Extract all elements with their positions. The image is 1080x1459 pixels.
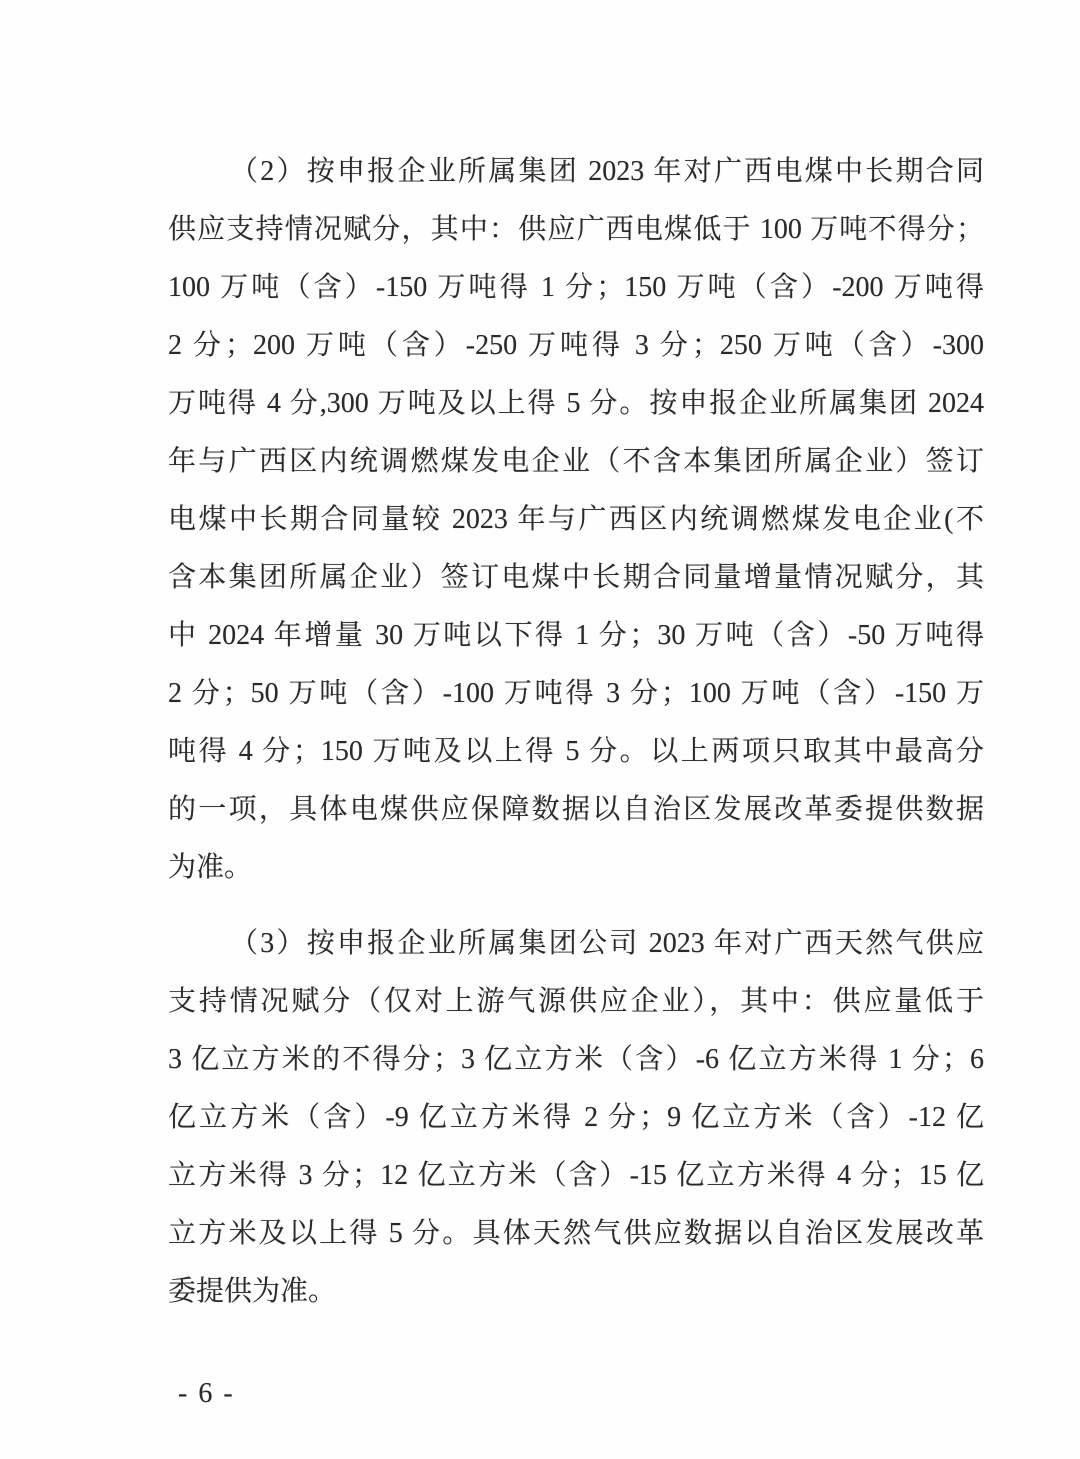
text-line: 支持情况赋分（仅对上游气源供应企业），其中：供应量低于 (168, 973, 984, 1031)
text-line: 3 亿立方米的不得分；3 亿立方米（含）-6 亿立方米得 1 分；6 (168, 1031, 984, 1089)
document-body: （2）按申报企业所属集团 2023 年对广西电煤中长期合同供应支持情况赋分，其中… (168, 143, 984, 1321)
text-line: （3）按申报企业所属集团公司 2023 年对广西天然气供应 (168, 915, 984, 973)
text-line: 年与广西区内统调燃煤发电企业（不含本集团所属企业）签订 (168, 433, 984, 491)
text-line: 万吨得 4 分,300 万吨及以上得 5 分。按申报企业所属集团 2024 (168, 375, 984, 433)
text-line: 100 万吨（含）-150 万吨得 1 分；150 万吨（含）-200 万吨得 (168, 259, 984, 317)
text-line: （2）按申报企业所属集团 2023 年对广西电煤中长期合同 (168, 143, 984, 201)
text-line: 2 分；200 万吨（含）-250 万吨得 3 分；250 万吨（含）-300 (168, 317, 984, 375)
text-line: 为准。 (168, 839, 984, 897)
paragraph: （2）按申报企业所属集团 2023 年对广西电煤中长期合同供应支持情况赋分，其中… (168, 143, 984, 897)
text-line: 立方米及以上得 5 分。具体天然气供应数据以自治区发展改革 (168, 1205, 984, 1263)
paragraph: （3）按申报企业所属集团公司 2023 年对广西天然气供应支持情况赋分（仅对上游… (168, 915, 984, 1321)
text-line: 吨得 4 分；150 万吨及以上得 5 分。以上两项只取其中最高分 (168, 723, 984, 781)
text-line: 亿立方米（含）-9 亿立方米得 2 分；9 亿立方米（含）-12 亿 (168, 1089, 984, 1147)
text-line: 立方米得 3 分；12 亿立方米（含）-15 亿立方米得 4 分；15 亿 (168, 1147, 984, 1205)
text-line: 的一项，具体电煤供应保障数据以自治区发展改革委提供数据 (168, 781, 984, 839)
text-line: 2 分；50 万吨（含）-100 万吨得 3 分；100 万吨（含）-150 万 (168, 665, 984, 723)
text-line: 中 2024 年增量 30 万吨以下得 1 分；30 万吨（含）-50 万吨得 (168, 607, 984, 665)
document-page: （2）按申报企业所属集团 2023 年对广西电煤中长期合同供应支持情况赋分，其中… (0, 0, 1080, 1459)
text-line: 电煤中长期合同量较 2023 年与广西区内统调燃煤发电企业(不 (168, 491, 984, 549)
page-number: - 6 - (178, 1365, 235, 1423)
text-line: 含本集团所属企业）签订电煤中长期合同量增量情况赋分，其 (168, 549, 984, 607)
text-line: 委提供为准。 (168, 1263, 984, 1321)
text-line: 供应支持情况赋分，其中：供应广西电煤低于 100 万吨不得分； (168, 201, 984, 259)
